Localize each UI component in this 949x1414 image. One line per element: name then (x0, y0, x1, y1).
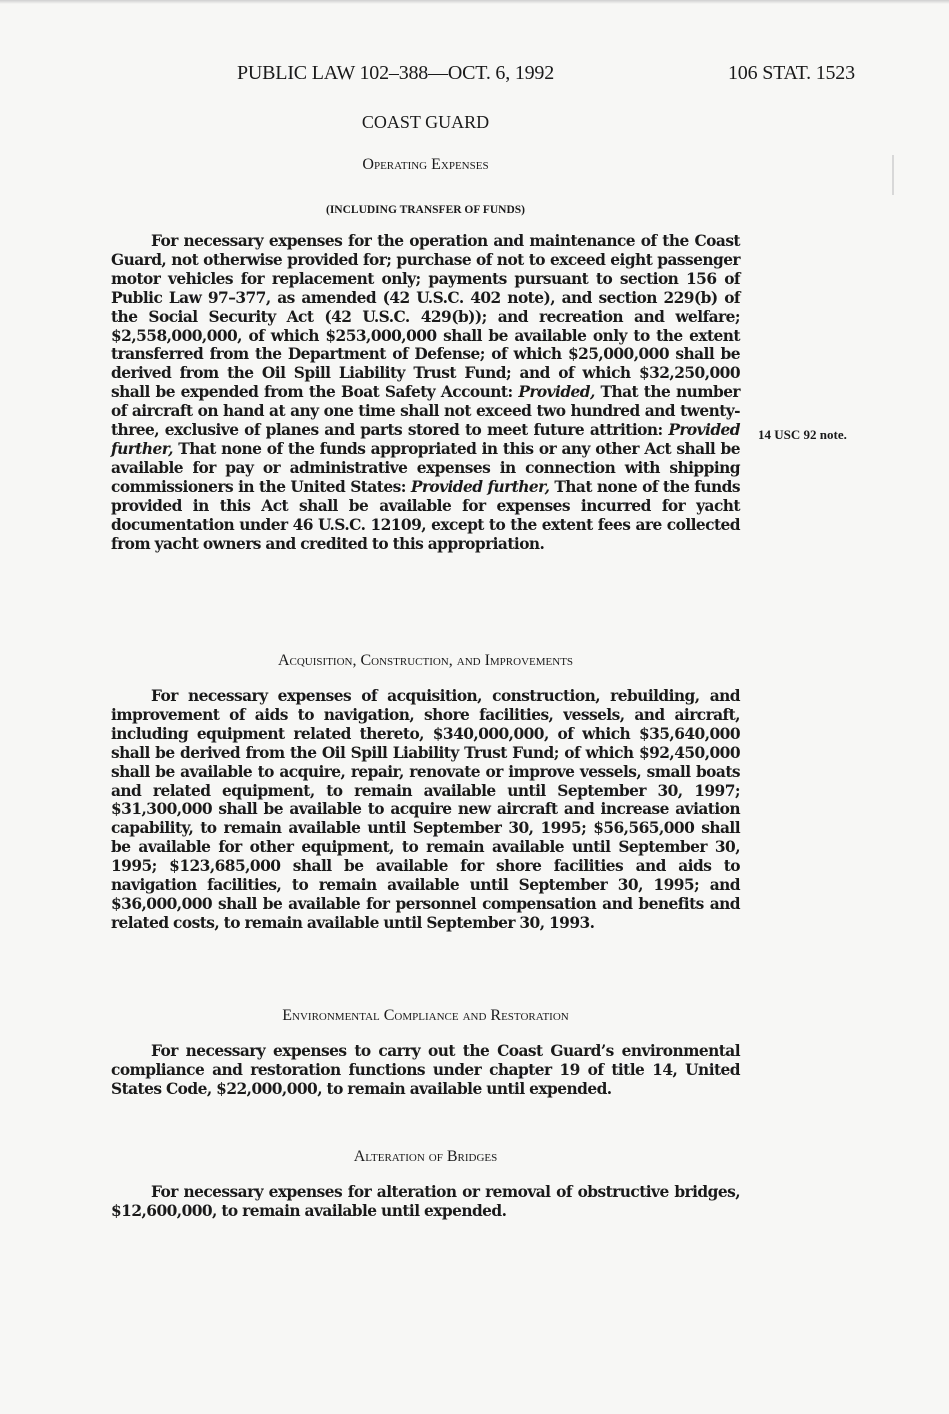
running-head: PUBLIC LAW 102–388—OCT. 6, 1992 106 STAT… (0, 62, 949, 88)
section-heading-operating-expenses: Operating Expenses (111, 156, 740, 174)
section-subheading-transfer: (INCLUDING TRANSFER OF FUNDS) (111, 204, 740, 216)
page-edge (0, 0, 949, 4)
statute-page-number: 106 STAT. 1523 (728, 62, 855, 85)
scan-artifact (892, 155, 894, 195)
margin-note-citation: 14 USC 92 note. (758, 427, 847, 443)
paragraph-environmental: For necessary expenses to carry out the … (111, 1042, 740, 1099)
paragraph-acquisition: For necessary expenses of acquisition, c… (111, 687, 740, 933)
section-heading-environmental: Environmental Compliance and Restoration (111, 1007, 740, 1025)
paragraph-operating-expenses: For necessary expenses for the operation… (111, 232, 740, 553)
public-law-citation: PUBLIC LAW 102–388—OCT. 6, 1992 (237, 62, 554, 85)
section-heading-acquisition: Acquisition, Construction, and Improveme… (111, 652, 740, 670)
section-heading-bridges: Alteration of Bridges (111, 1148, 740, 1166)
page-title: COAST GUARD (111, 112, 740, 133)
paragraph-bridges: For necessary expenses for alteration or… (111, 1183, 740, 1221)
